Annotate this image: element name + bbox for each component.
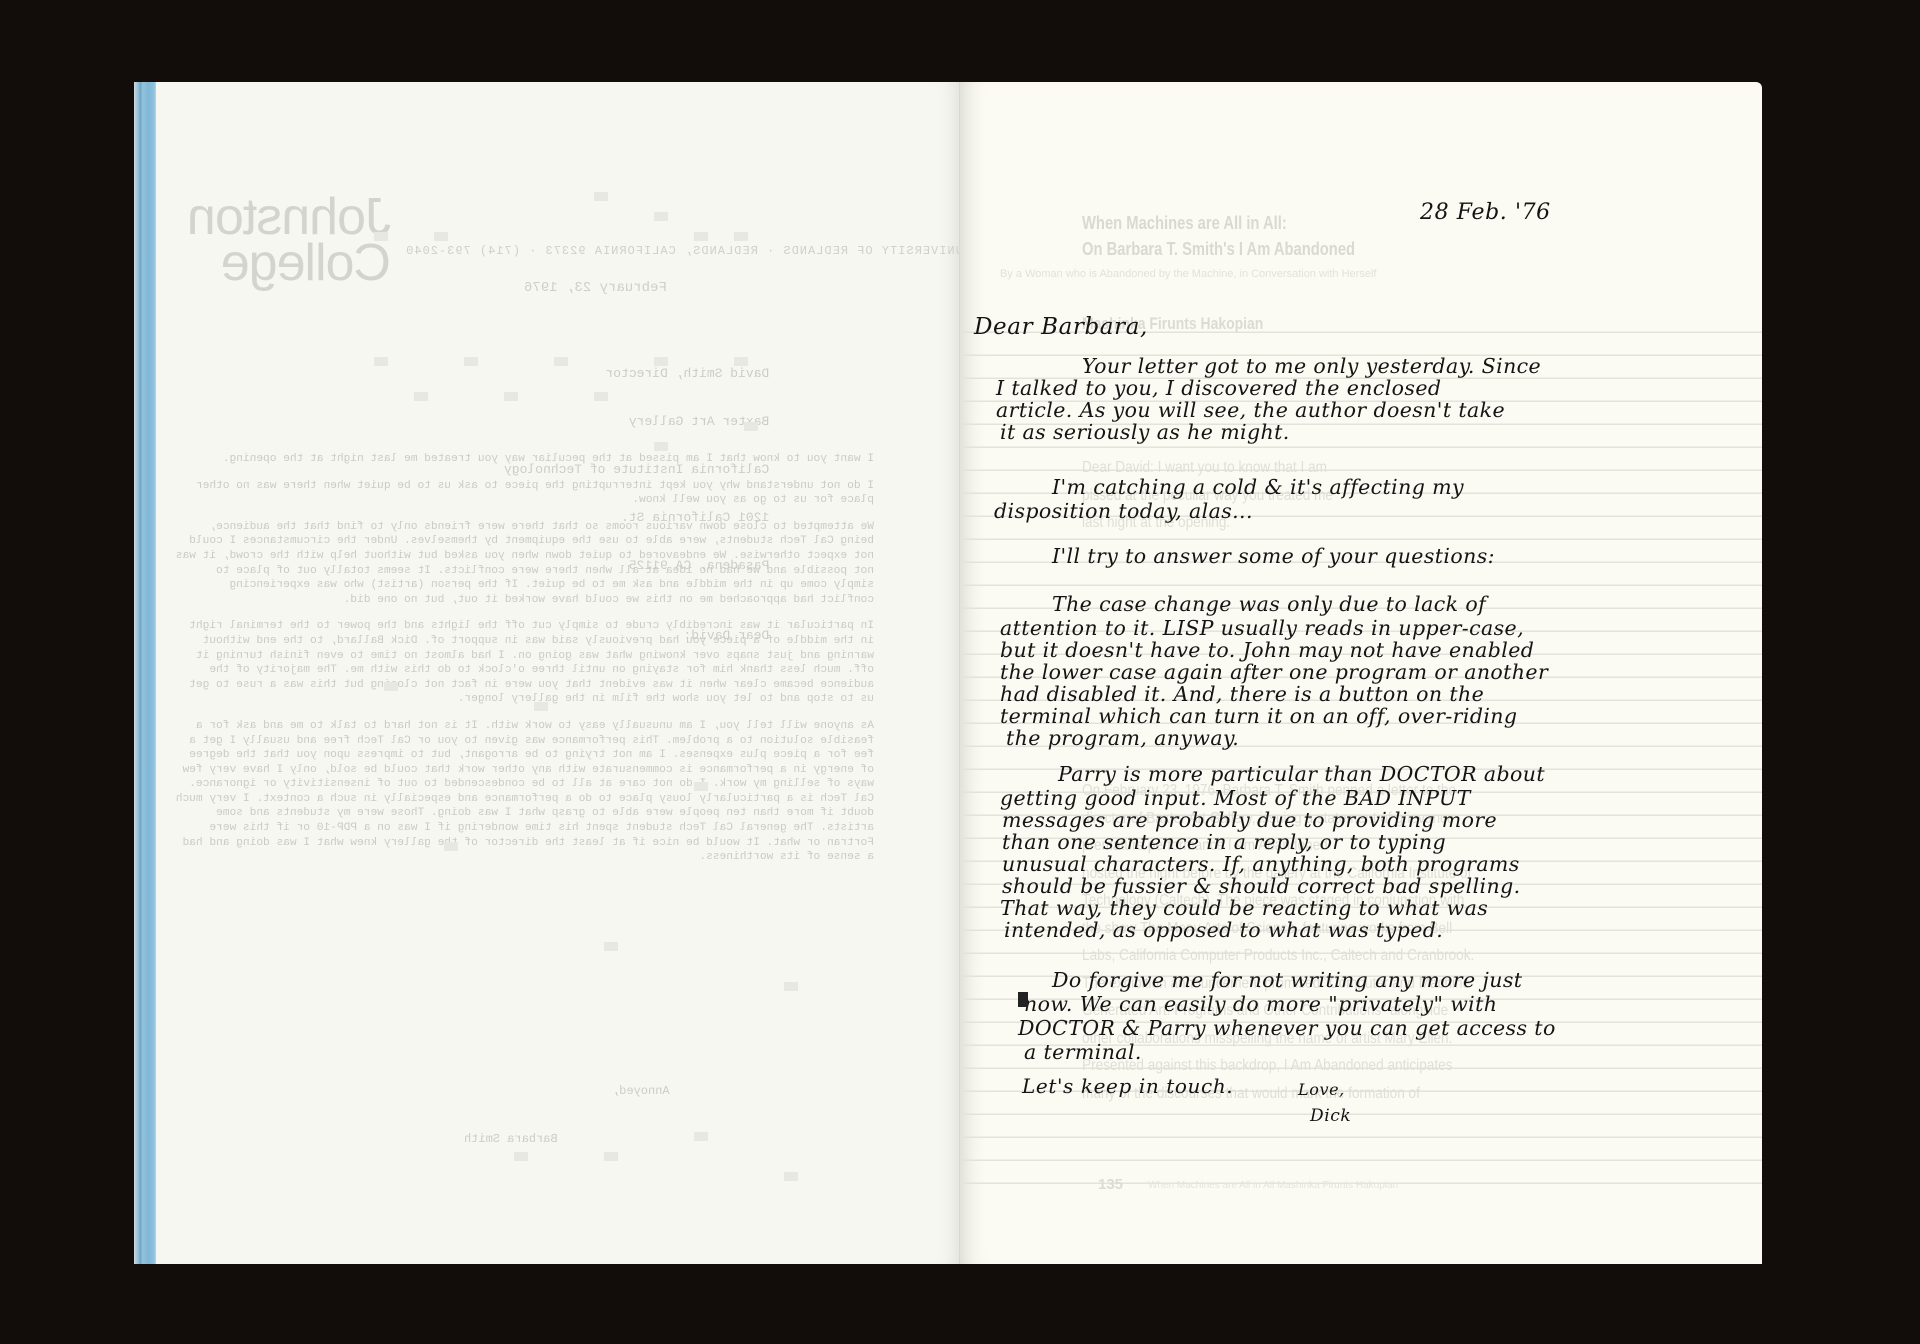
letter-signature: Dick xyxy=(1310,1106,1351,1126)
right-page: When Machines are All in All: On Barbara… xyxy=(960,82,1762,1264)
letter-line: attention to it. LISP usually reads in u… xyxy=(1000,616,1524,640)
letter-line: intended, as opposed to what was typed. xyxy=(1004,918,1443,942)
letter-line: I talked to you, I discovered the enclos… xyxy=(996,376,1441,400)
letter-line: Your letter got to me only yesterday. Si… xyxy=(1082,354,1541,378)
letter-line: Do forgive me for not writing any more j… xyxy=(1052,968,1522,992)
article-title: When Machines are All in All: On Barbara… xyxy=(1082,210,1355,262)
letter-line: a terminal. xyxy=(1024,1040,1142,1064)
letter-line: than one sentence in a reply, or to typi… xyxy=(1002,830,1446,854)
letter-line: but it doesn't have to. John may not hav… xyxy=(1000,638,1534,662)
running-footer: When Machines are All in All Mashinka Fi… xyxy=(1148,1180,1398,1191)
typed-paragraph: In particular it was incredibly crude to… xyxy=(174,619,874,707)
article-line: Labs, California Computer Products Inc.,… xyxy=(1082,942,1609,970)
letter-line: Parry is more particular than DOCTOR abo… xyxy=(1058,762,1545,786)
article-title-line: On Barbara T. Smith's I Am Abandoned xyxy=(1082,236,1355,262)
letter-closing: Let's keep in touch. xyxy=(1022,1074,1233,1098)
letter-line: disposition today, alas... xyxy=(994,499,1253,523)
letter-line: should be fussier & should correct bad s… xyxy=(1002,874,1521,898)
ink-blot xyxy=(1018,992,1028,1007)
letter-line: messages are probably due to providing m… xyxy=(1002,808,1497,832)
typed-signer: Barbara Smith xyxy=(464,1132,558,1146)
typed-closing: Annoyed, xyxy=(612,1084,670,1098)
letter-line: it as seriously as he might. xyxy=(1000,420,1290,444)
typed-paragraph: We attempted to close down various rooms… xyxy=(174,520,874,608)
letter-line: terminal which can turn it on an off, ov… xyxy=(1000,704,1517,728)
letter-salutation: Dear Barbara, xyxy=(974,314,1148,340)
letter-line: the program, anyway. xyxy=(1006,726,1239,750)
letter-line: article. As you will see, the author doe… xyxy=(996,398,1505,422)
letter-line: I'm catching a cold & it's affecting my xyxy=(1052,475,1464,499)
letter-line: unusual characters. If, anything, both p… xyxy=(1002,852,1520,876)
letter-line: the lower case again after one program o… xyxy=(1000,660,1548,684)
letter-line: getting good input. Most of the BAD INPU… xyxy=(1000,786,1471,810)
page-number: 135 xyxy=(1098,1176,1123,1193)
typed-paragraph: I do not understand why you kept interru… xyxy=(174,479,874,508)
mirrored-typed-letter: Johnston College UNIVERSITY OF REDLANDS … xyxy=(134,82,960,1264)
typed-paragraph: I want you to know that I am pissed at t… xyxy=(174,452,874,467)
letter-line: had disabled it. And, there is a button … xyxy=(1000,682,1484,706)
article-title-line: When Machines are All in All: xyxy=(1082,210,1355,236)
letterhead-address: UNIVERSITY OF REDLANDS · REDLANDS, CALIF… xyxy=(364,244,1004,258)
letter-line: That way, they could be reacting to what… xyxy=(1000,896,1488,920)
letter-valediction: Love, xyxy=(1298,1080,1345,1099)
letter-line: DOCTOR & Parry whenever you can get acce… xyxy=(1018,1016,1556,1040)
open-book-spread: Johnston College UNIVERSITY OF REDLANDS … xyxy=(134,82,1762,1264)
letterhead-name-line2: College xyxy=(188,240,391,286)
typed-letter-body: I want you to know that I am pissed at t… xyxy=(174,452,874,877)
letter-line: now. We can easily do more "privately" w… xyxy=(1024,992,1497,1016)
letter-line: The case change was only due to lack of xyxy=(1052,592,1486,616)
typed-paragraph: As anyone will tell you, I am unusually … xyxy=(174,719,874,865)
recipient-line: David Smith, Director xyxy=(504,366,769,382)
letterhead-logo: Johnston College xyxy=(188,194,391,286)
letter-date: 28 Feb. '76 xyxy=(1420,200,1551,225)
article-subtitle: By a Woman who is Abandoned by the Machi… xyxy=(1000,268,1376,280)
typed-letter-date: February 23, 1976 xyxy=(524,280,667,296)
letter-line: I'll try to answer some of your question… xyxy=(1052,544,1495,568)
recipient-line: Baxter Art Gallery xyxy=(504,414,769,430)
left-page: Johnston College UNIVERSITY OF REDLANDS … xyxy=(134,82,960,1264)
